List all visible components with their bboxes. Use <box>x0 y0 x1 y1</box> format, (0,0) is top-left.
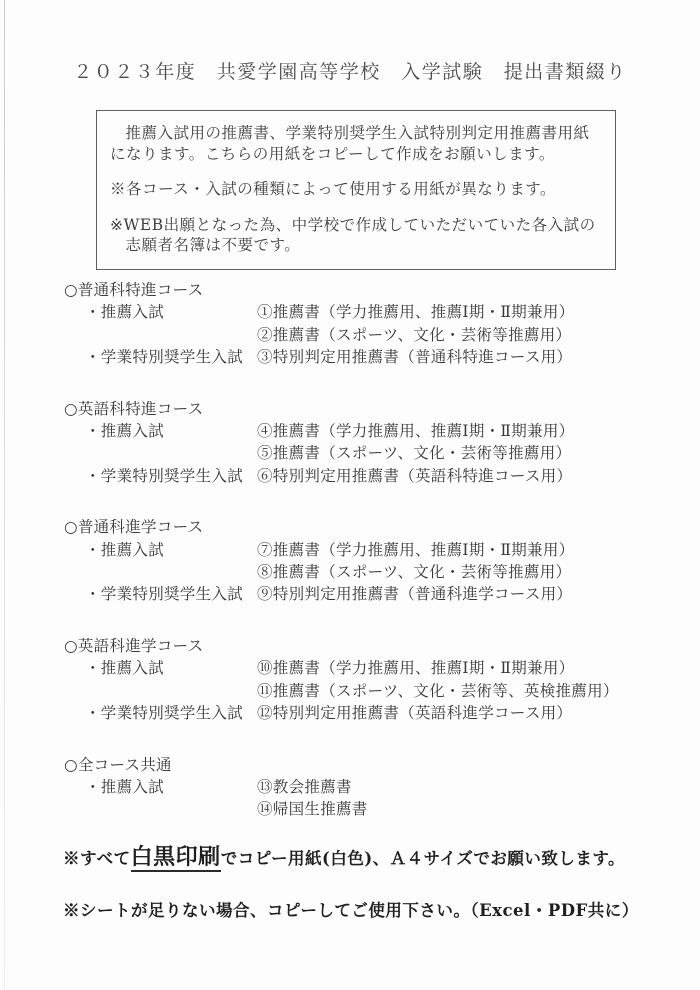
course-section-eigoka-shingaku: ○英語科進学コース ・推薦入試 ⑩推薦書（学力推薦用、推薦Ⅰ期・Ⅱ期兼用） ⑪推… <box>64 635 664 725</box>
notice-note: ※各コース・入試の種類によって使用する用紙が異なります。 <box>110 179 602 200</box>
document-items: ⑫特別判定用推薦書（英語科進学コース用） <box>257 702 664 724</box>
notice-paragraph-line: になります。こちらの用紙をコピーして作成をお願いします。 <box>110 144 602 165</box>
exam-type-label: ・学業特別奨学生入試 <box>64 346 257 368</box>
course-heading: ○英語科特進コース <box>64 398 664 420</box>
document-item: ⑩推薦書（学力推薦用、推薦Ⅰ期・Ⅱ期兼用） <box>257 657 664 679</box>
course-section-futsuka-tokushin: ○普通科特進コース ・推薦入試 ①推薦書（学力推薦用、推薦Ⅰ期・Ⅱ期兼用） ②推… <box>64 279 664 369</box>
footer-note-print: ※すべて白黒印刷でコピー用紙(白色)、Ａ４サイズでお願い致します。 <box>63 845 625 869</box>
course-section-all-courses: ○全コース共通 ・推薦入試 ⑬教会推薦書 ⑭帰国生推薦書 <box>64 754 664 821</box>
course-heading: ○普通科進学コース <box>64 516 664 538</box>
document-item: ⑬教会推薦書 <box>257 776 664 798</box>
course-heading: ○普通科特進コース <box>64 279 664 301</box>
footer-note-prefix: ※すべて <box>63 849 131 868</box>
document-item: ④推薦書（学力推薦用、推薦Ⅰ期・Ⅱ期兼用） <box>257 420 664 442</box>
document-item: ⑥特別判定用推薦書（英語科特進コース用） <box>257 465 664 487</box>
course-section-eigoka-tokushin: ○英語科特進コース ・推薦入試 ④推薦書（学力推薦用、推薦Ⅰ期・Ⅱ期兼用） ⑤推… <box>64 398 664 488</box>
course-heading: ○全コース共通 <box>64 754 664 776</box>
document-item: ⑪推薦書（スポーツ、文化・芸術等、英検推薦用） <box>257 680 664 702</box>
document-items: ③特別判定用推薦書（普通科特進コース用） <box>257 346 664 368</box>
footer-note-suffix: でコピー用紙(白色)、Ａ４サイズでお願い致します。 <box>221 849 625 868</box>
document-item: ⑤推薦書（スポーツ、文化・芸術等推薦用） <box>257 442 664 464</box>
scan-edge-artifact <box>4 0 5 990</box>
document-item: ⑭帰国生推薦書 <box>257 798 664 820</box>
exam-row: ・学業特別奨学生入試 ⑨特別判定用推薦書（普通科進学コース用） <box>64 583 664 605</box>
document-items: ⑦推薦書（学力推薦用、推薦Ⅰ期・Ⅱ期兼用） ⑧推薦書（スポーツ、文化・芸術等推薦… <box>257 539 664 584</box>
exam-row: ・推薦入試 ⑦推薦書（学力推薦用、推薦Ⅰ期・Ⅱ期兼用） ⑧推薦書（スポーツ、文化… <box>64 539 664 584</box>
document-items: ⑬教会推薦書 ⑭帰国生推薦書 <box>257 776 664 821</box>
footer-note-emphasis-monochrome: 白黒印刷 <box>131 844 221 872</box>
document-items: ④推薦書（学力推薦用、推薦Ⅰ期・Ⅱ期兼用） ⑤推薦書（スポーツ、文化・芸術等推薦… <box>257 420 664 465</box>
exam-type-label: ・推薦入試 <box>64 420 257 442</box>
exam-row: ・推薦入試 ①推薦書（学力推薦用、推薦Ⅰ期・Ⅱ期兼用） ②推薦書（スポーツ、文化… <box>64 301 664 346</box>
notice-note: ※WEB出願となった為、中学校で作成していただいていた各入試の <box>110 215 602 236</box>
document-item: ⑧推薦書（スポーツ、文化・芸術等推薦用） <box>257 561 664 583</box>
document-item: ①推薦書（学力推薦用、推薦Ⅰ期・Ⅱ期兼用） <box>257 301 664 323</box>
exam-row: ・学業特別奨学生入試 ⑥特別判定用推薦書（英語科特進コース用） <box>64 465 664 487</box>
exam-type-label: ・推薦入試 <box>64 657 257 679</box>
exam-row: ・学業特別奨学生入試 ③特別判定用推薦書（普通科特進コース用） <box>64 346 664 368</box>
exam-type-label: ・推薦入試 <box>64 776 257 798</box>
scanned-document-page: ２０２３年度 共愛学園高等学校 入学試験 提出書類綴り 推薦入試用の推薦書、学業… <box>0 0 700 990</box>
course-list: ○普通科特進コース ・推薦入試 ①推薦書（学力推薦用、推薦Ⅰ期・Ⅱ期兼用） ②推… <box>64 279 664 850</box>
footer-note-copy: ※シートが足りない場合、コピーしてご使用下さい。（Excel・PDF共に） <box>63 897 639 921</box>
exam-row: ・学業特別奨学生入試 ⑫特別判定用推薦書（英語科進学コース用） <box>64 702 664 724</box>
document-item: ⑨特別判定用推薦書（普通科進学コース用） <box>257 583 664 605</box>
exam-type-label: ・推薦入試 <box>64 301 257 323</box>
exam-type-label: ・推薦入試 <box>64 539 257 561</box>
notice-box: 推薦入試用の推薦書、学業特別奨学生入試特別判定用推薦書用紙 になります。こちらの… <box>96 110 616 270</box>
document-item: ③特別判定用推薦書（普通科特進コース用） <box>257 346 664 368</box>
notice-note-continuation: 志願者名簿は不要です。 <box>110 235 602 256</box>
notice-paragraph-line: 推薦入試用の推薦書、学業特別奨学生入試特別判定用推薦書用紙 <box>110 123 602 144</box>
course-heading: ○英語科進学コース <box>64 635 664 657</box>
document-item: ②推薦書（スポーツ、文化・芸術等推薦用） <box>257 324 664 346</box>
document-item: ⑦推薦書（学力推薦用、推薦Ⅰ期・Ⅱ期兼用） <box>257 539 664 561</box>
document-title: ２０２３年度 共愛学園高等学校 入学試験 提出書類綴り <box>0 57 700 84</box>
document-items: ⑥特別判定用推薦書（英語科特進コース用） <box>257 465 664 487</box>
document-items: ⑩推薦書（学力推薦用、推薦Ⅰ期・Ⅱ期兼用） ⑪推薦書（スポーツ、文化・芸術等、英… <box>257 657 664 702</box>
exam-row: ・推薦入試 ④推薦書（学力推薦用、推薦Ⅰ期・Ⅱ期兼用） ⑤推薦書（スポーツ、文化… <box>64 420 664 465</box>
document-items: ①推薦書（学力推薦用、推薦Ⅰ期・Ⅱ期兼用） ②推薦書（スポーツ、文化・芸術等推薦… <box>257 301 664 346</box>
document-items: ⑨特別判定用推薦書（普通科進学コース用） <box>257 583 664 605</box>
exam-row: ・推薦入試 ⑬教会推薦書 ⑭帰国生推薦書 <box>64 776 664 821</box>
exam-type-label: ・学業特別奨学生入試 <box>64 702 257 724</box>
course-section-futsuka-shingaku: ○普通科進学コース ・推薦入試 ⑦推薦書（学力推薦用、推薦Ⅰ期・Ⅱ期兼用） ⑧推… <box>64 516 664 606</box>
exam-type-label: ・学業特別奨学生入試 <box>64 583 257 605</box>
exam-type-label: ・学業特別奨学生入試 <box>64 465 257 487</box>
exam-row: ・推薦入試 ⑩推薦書（学力推薦用、推薦Ⅰ期・Ⅱ期兼用） ⑪推薦書（スポーツ、文化… <box>64 657 664 702</box>
document-item: ⑫特別判定用推薦書（英語科進学コース用） <box>257 702 664 724</box>
